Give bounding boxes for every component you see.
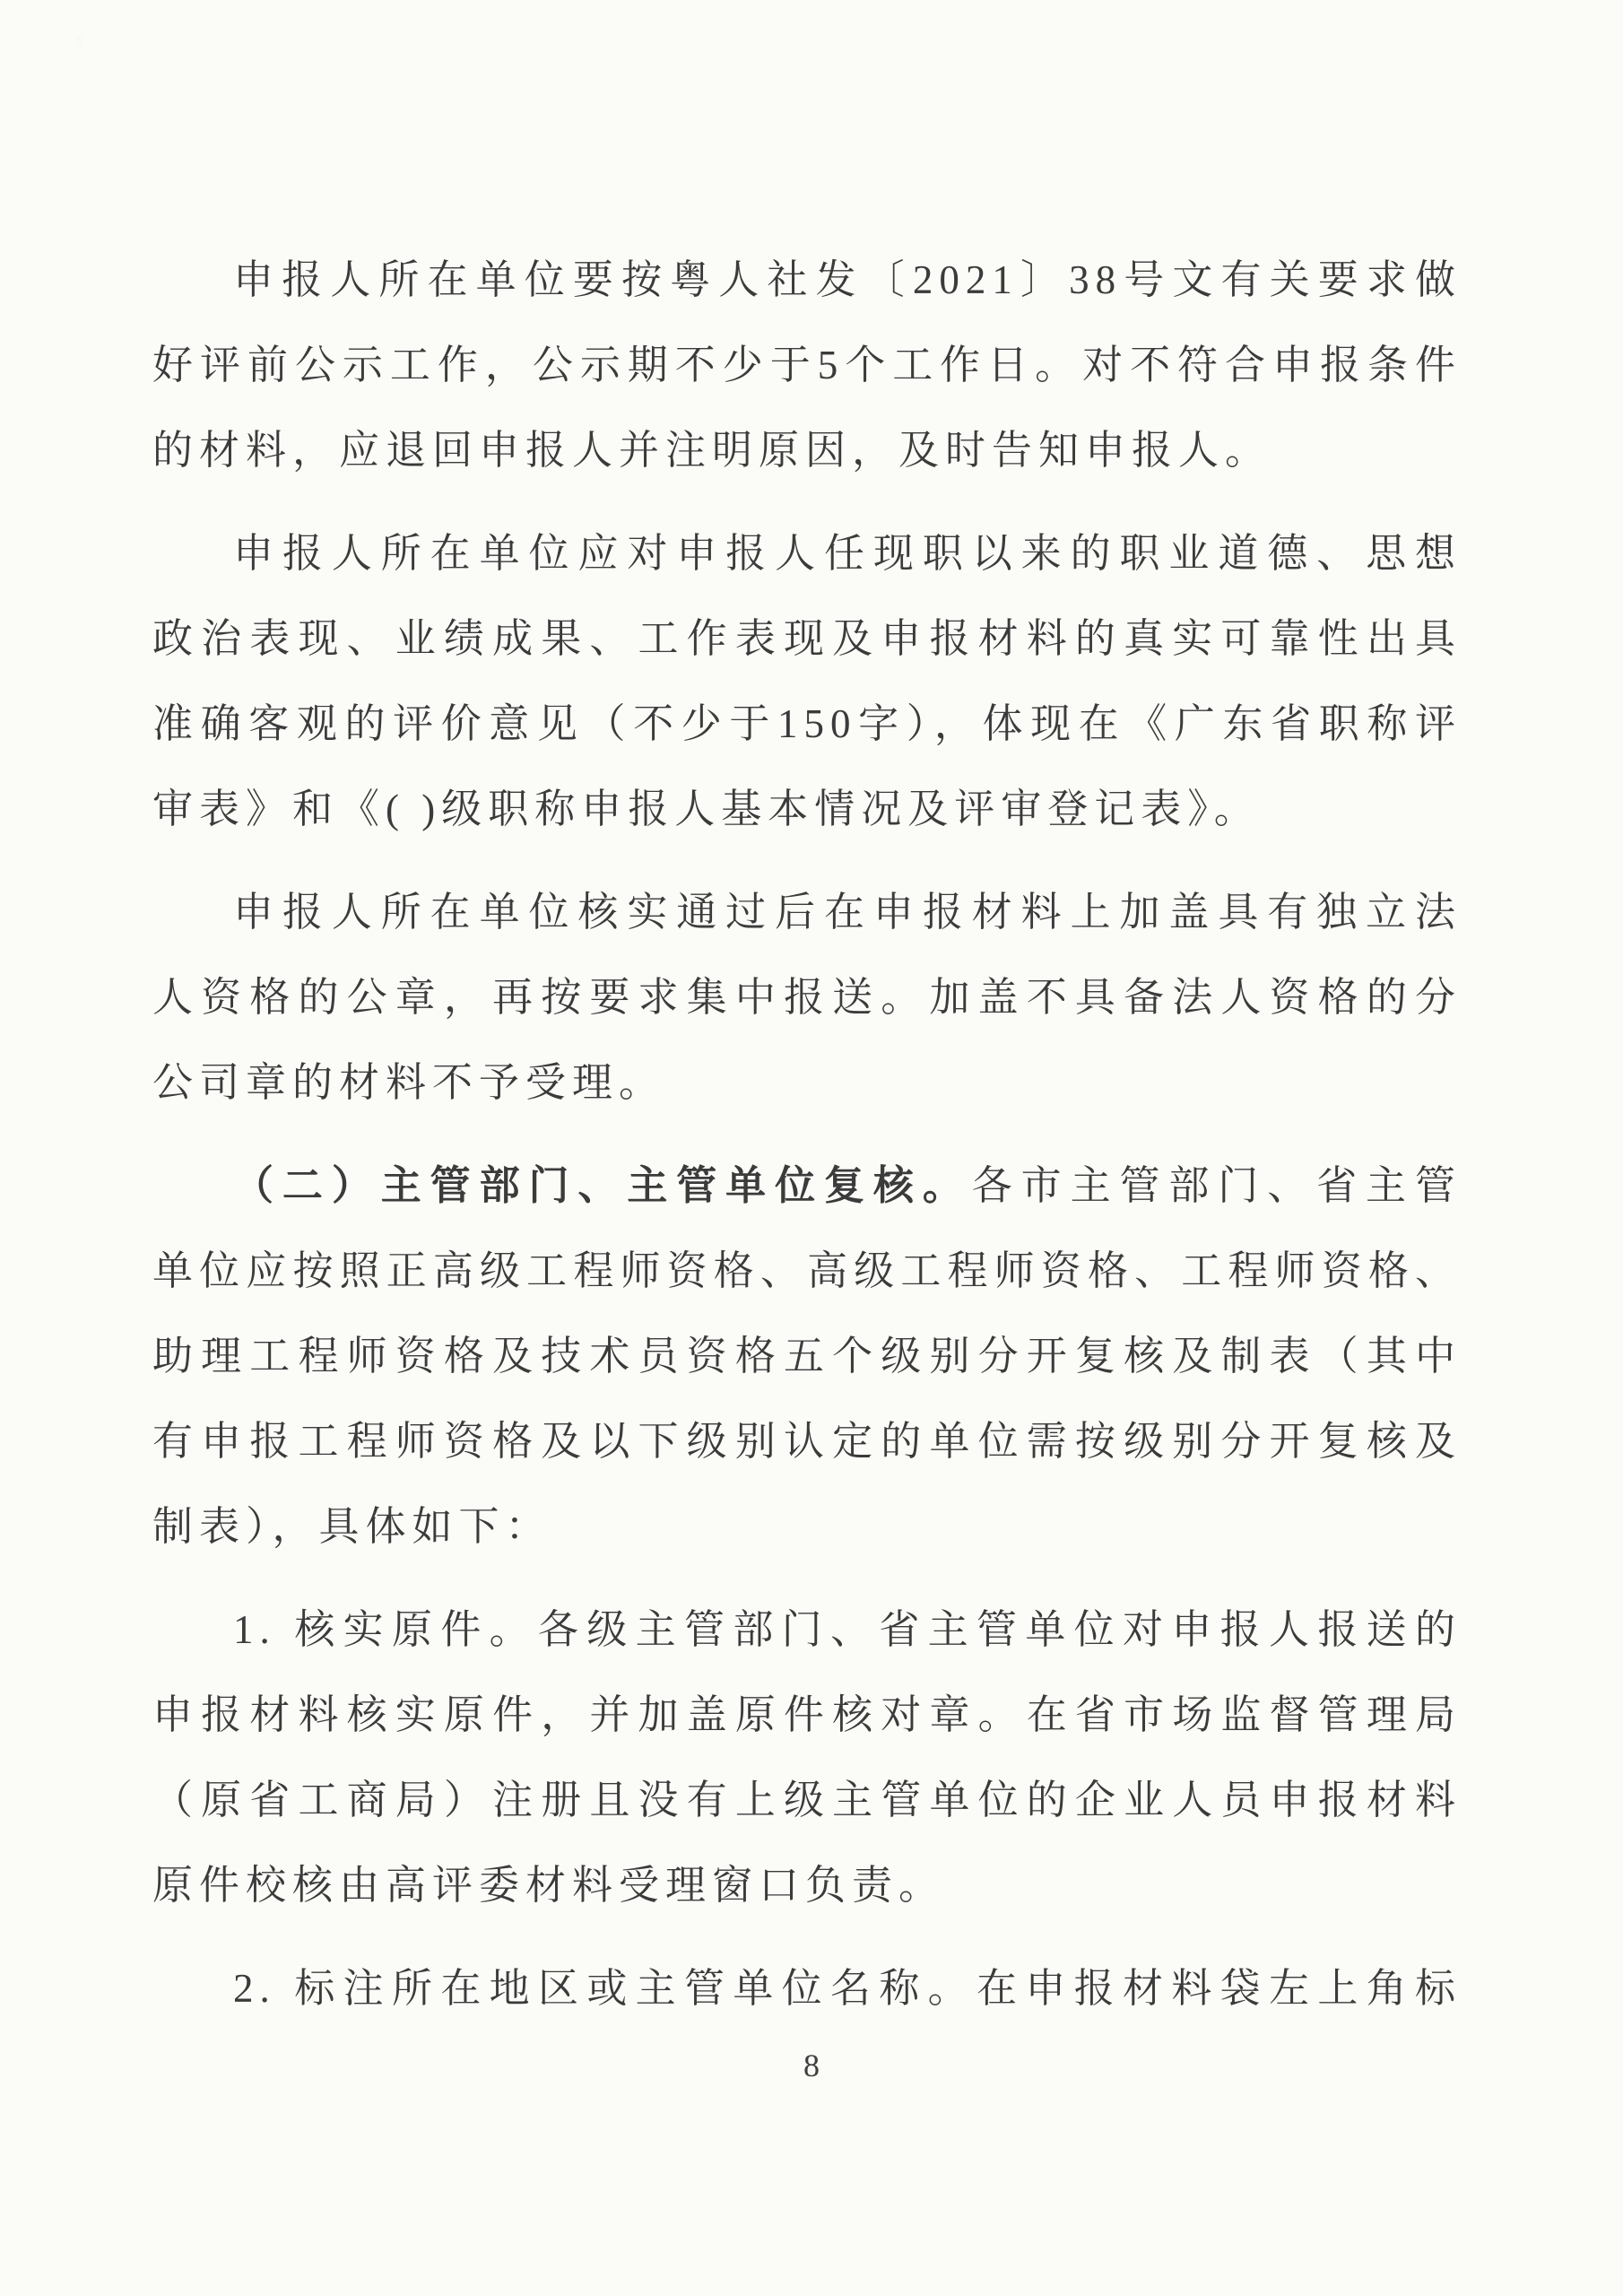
paragraphs: 申报人所在单位要按粤人社发〔2021〕38号文有关要求做好评前公示工作，公示期不…: [152, 238, 1462, 2031]
text-segment: 制表），具体如下：: [152, 1504, 552, 1549]
paragraph: 申报人所在单位核实通过后在申报材料上加盖具有独立法人资格的公章，再按要求集中报送…: [152, 870, 1462, 1126]
text-line: 申报人所在单位核实通过后在申报材料上加盖具有独立法: [152, 870, 1462, 955]
text-segment: 申报人所在单位应对申报人任现职以来的职业道德、思想: [233, 531, 1462, 576]
document-body: 申报人所在单位要按粤人社发〔2021〕38号文有关要求做好评前公示工作，公示期不…: [152, 238, 1462, 2049]
text-line: （原省工商局）注册且没有上级主管单位的企业人员申报材料: [152, 1758, 1462, 1843]
text-line: 申报人所在单位要按粤人社发〔2021〕38号文有关要求做: [152, 238, 1462, 323]
text-segment: 1. 核实原件。各级主管部门、省主管单位对申报人报送的: [233, 1607, 1462, 1652]
text-segment: 的材料，应退回申报人并注明原因，及时告知申报人。: [152, 428, 1271, 473]
paragraph: （二）主管部门、主管单位复核。各市主管部门、省主管单位应按照正高级工程师资格、高…: [152, 1144, 1462, 1570]
text-line: 政治表现、业绩成果、工作表现及申报材料的真实可靠性出具: [152, 596, 1462, 682]
text-line: 审表》和《( )级职称申报人基本情况及评审登记表》。: [152, 767, 1462, 852]
text-line: 有申报工程师资格及以下级别认定的单位需按级别分开复核及: [152, 1399, 1462, 1484]
document-page: 申报人所在单位要按粤人社发〔2021〕38号文有关要求做好评前公示工作，公示期不…: [0, 0, 1623, 2296]
paragraph: 1. 核实原件。各级主管部门、省主管单位对申报人报送的申报材料核实原件，并加盖原…: [152, 1587, 1462, 1928]
text-segment: 人资格的公章，再按要求集中报送。加盖不具备法人资格的分: [152, 975, 1462, 1020]
text-segment: 申报人所在单位要按粤人社发〔2021〕38号文有关要求做: [233, 257, 1462, 302]
text-line: 助理工程师资格及技术员资格五个级别分开复核及制表（其中: [152, 1314, 1462, 1399]
text-segment: 助理工程师资格及技术员资格五个级别分开复核及制表（其中: [152, 1334, 1462, 1378]
text-line: 1. 核实原件。各级主管部门、省主管单位对申报人报送的: [152, 1587, 1462, 1673]
text-line: 公司章的材料不予受理。: [152, 1040, 1462, 1126]
paragraph: 申报人所在单位应对申报人任现职以来的职业道德、思想政治表现、业绩成果、工作表现及…: [152, 511, 1462, 852]
text-segment: 各市主管部门、省主管: [972, 1163, 1462, 1208]
text-line: 2. 标注所在地区或主管单位名称。在申报材料袋左上角标: [152, 1946, 1462, 2031]
bold-text-segment: （二）主管部门、主管单位复核。: [233, 1163, 972, 1208]
text-line: 准确客观的评价意见（不少于150字），体现在《广东省职称评: [152, 682, 1462, 767]
text-segment: 公司章的材料不予受理。: [152, 1060, 665, 1105]
text-segment: 准确客观的评价意见（不少于150字），体现在《广东省职称评: [152, 701, 1462, 746]
text-line: 人资格的公章，再按要求集中报送。加盖不具备法人资格的分: [152, 955, 1462, 1040]
paragraph: 申报人所在单位要按粤人社发〔2021〕38号文有关要求做好评前公示工作，公示期不…: [152, 238, 1462, 493]
text-line: （二）主管部门、主管单位复核。各市主管部门、省主管: [152, 1144, 1462, 1229]
text-segment: 原件校核由高评委材料受理窗口负责。: [152, 1863, 945, 1908]
paragraph: 2. 标注所在地区或主管单位名称。在申报材料袋左上角标: [152, 1946, 1462, 2031]
text-segment: 审表》和《( )级职称申报人基本情况及评审登记表》。: [152, 787, 1261, 831]
page-number: 8: [0, 2047, 1623, 2084]
text-segment: 申报人所在单位核实通过后在申报材料上加盖具有独立法: [233, 890, 1462, 935]
text-segment: （原省工商局）注册且没有上级主管单位的企业人员申报材料: [152, 1778, 1462, 1822]
text-segment: 申报材料核实原件，并加盖原件核对章。在省市场监督管理局: [152, 1692, 1462, 1737]
text-line: 制表），具体如下：: [152, 1484, 1462, 1570]
scan-smudge-artifact: [79, 38, 151, 74]
text-segment: 2. 标注所在地区或主管单位名称。在申报材料袋左上角标: [233, 1966, 1462, 2011]
text-line: 申报材料核实原件，并加盖原件核对章。在省市场监督管理局: [152, 1673, 1462, 1758]
text-line: 申报人所在单位应对申报人任现职以来的职业道德、思想: [152, 511, 1462, 596]
text-line: 原件校核由高评委材料受理窗口负责。: [152, 1843, 1462, 1928]
text-segment: 单位应按照正高级工程师资格、高级工程师资格、工程师资格、: [152, 1248, 1462, 1293]
text-line: 好评前公示工作，公示期不少于5个工作日。对不符合申报条件: [152, 323, 1462, 408]
text-segment: 好评前公示工作，公示期不少于5个工作日。对不符合申报条件: [152, 343, 1462, 387]
text-line: 的材料，应退回申报人并注明原因，及时告知申报人。: [152, 408, 1462, 493]
text-line: 单位应按照正高级工程师资格、高级工程师资格、工程师资格、: [152, 1229, 1462, 1314]
text-segment: 有申报工程师资格及以下级别认定的单位需按级别分开复核及: [152, 1419, 1462, 1464]
text-segment: 政治表现、业绩成果、工作表现及申报材料的真实可靠性出具: [152, 616, 1462, 661]
